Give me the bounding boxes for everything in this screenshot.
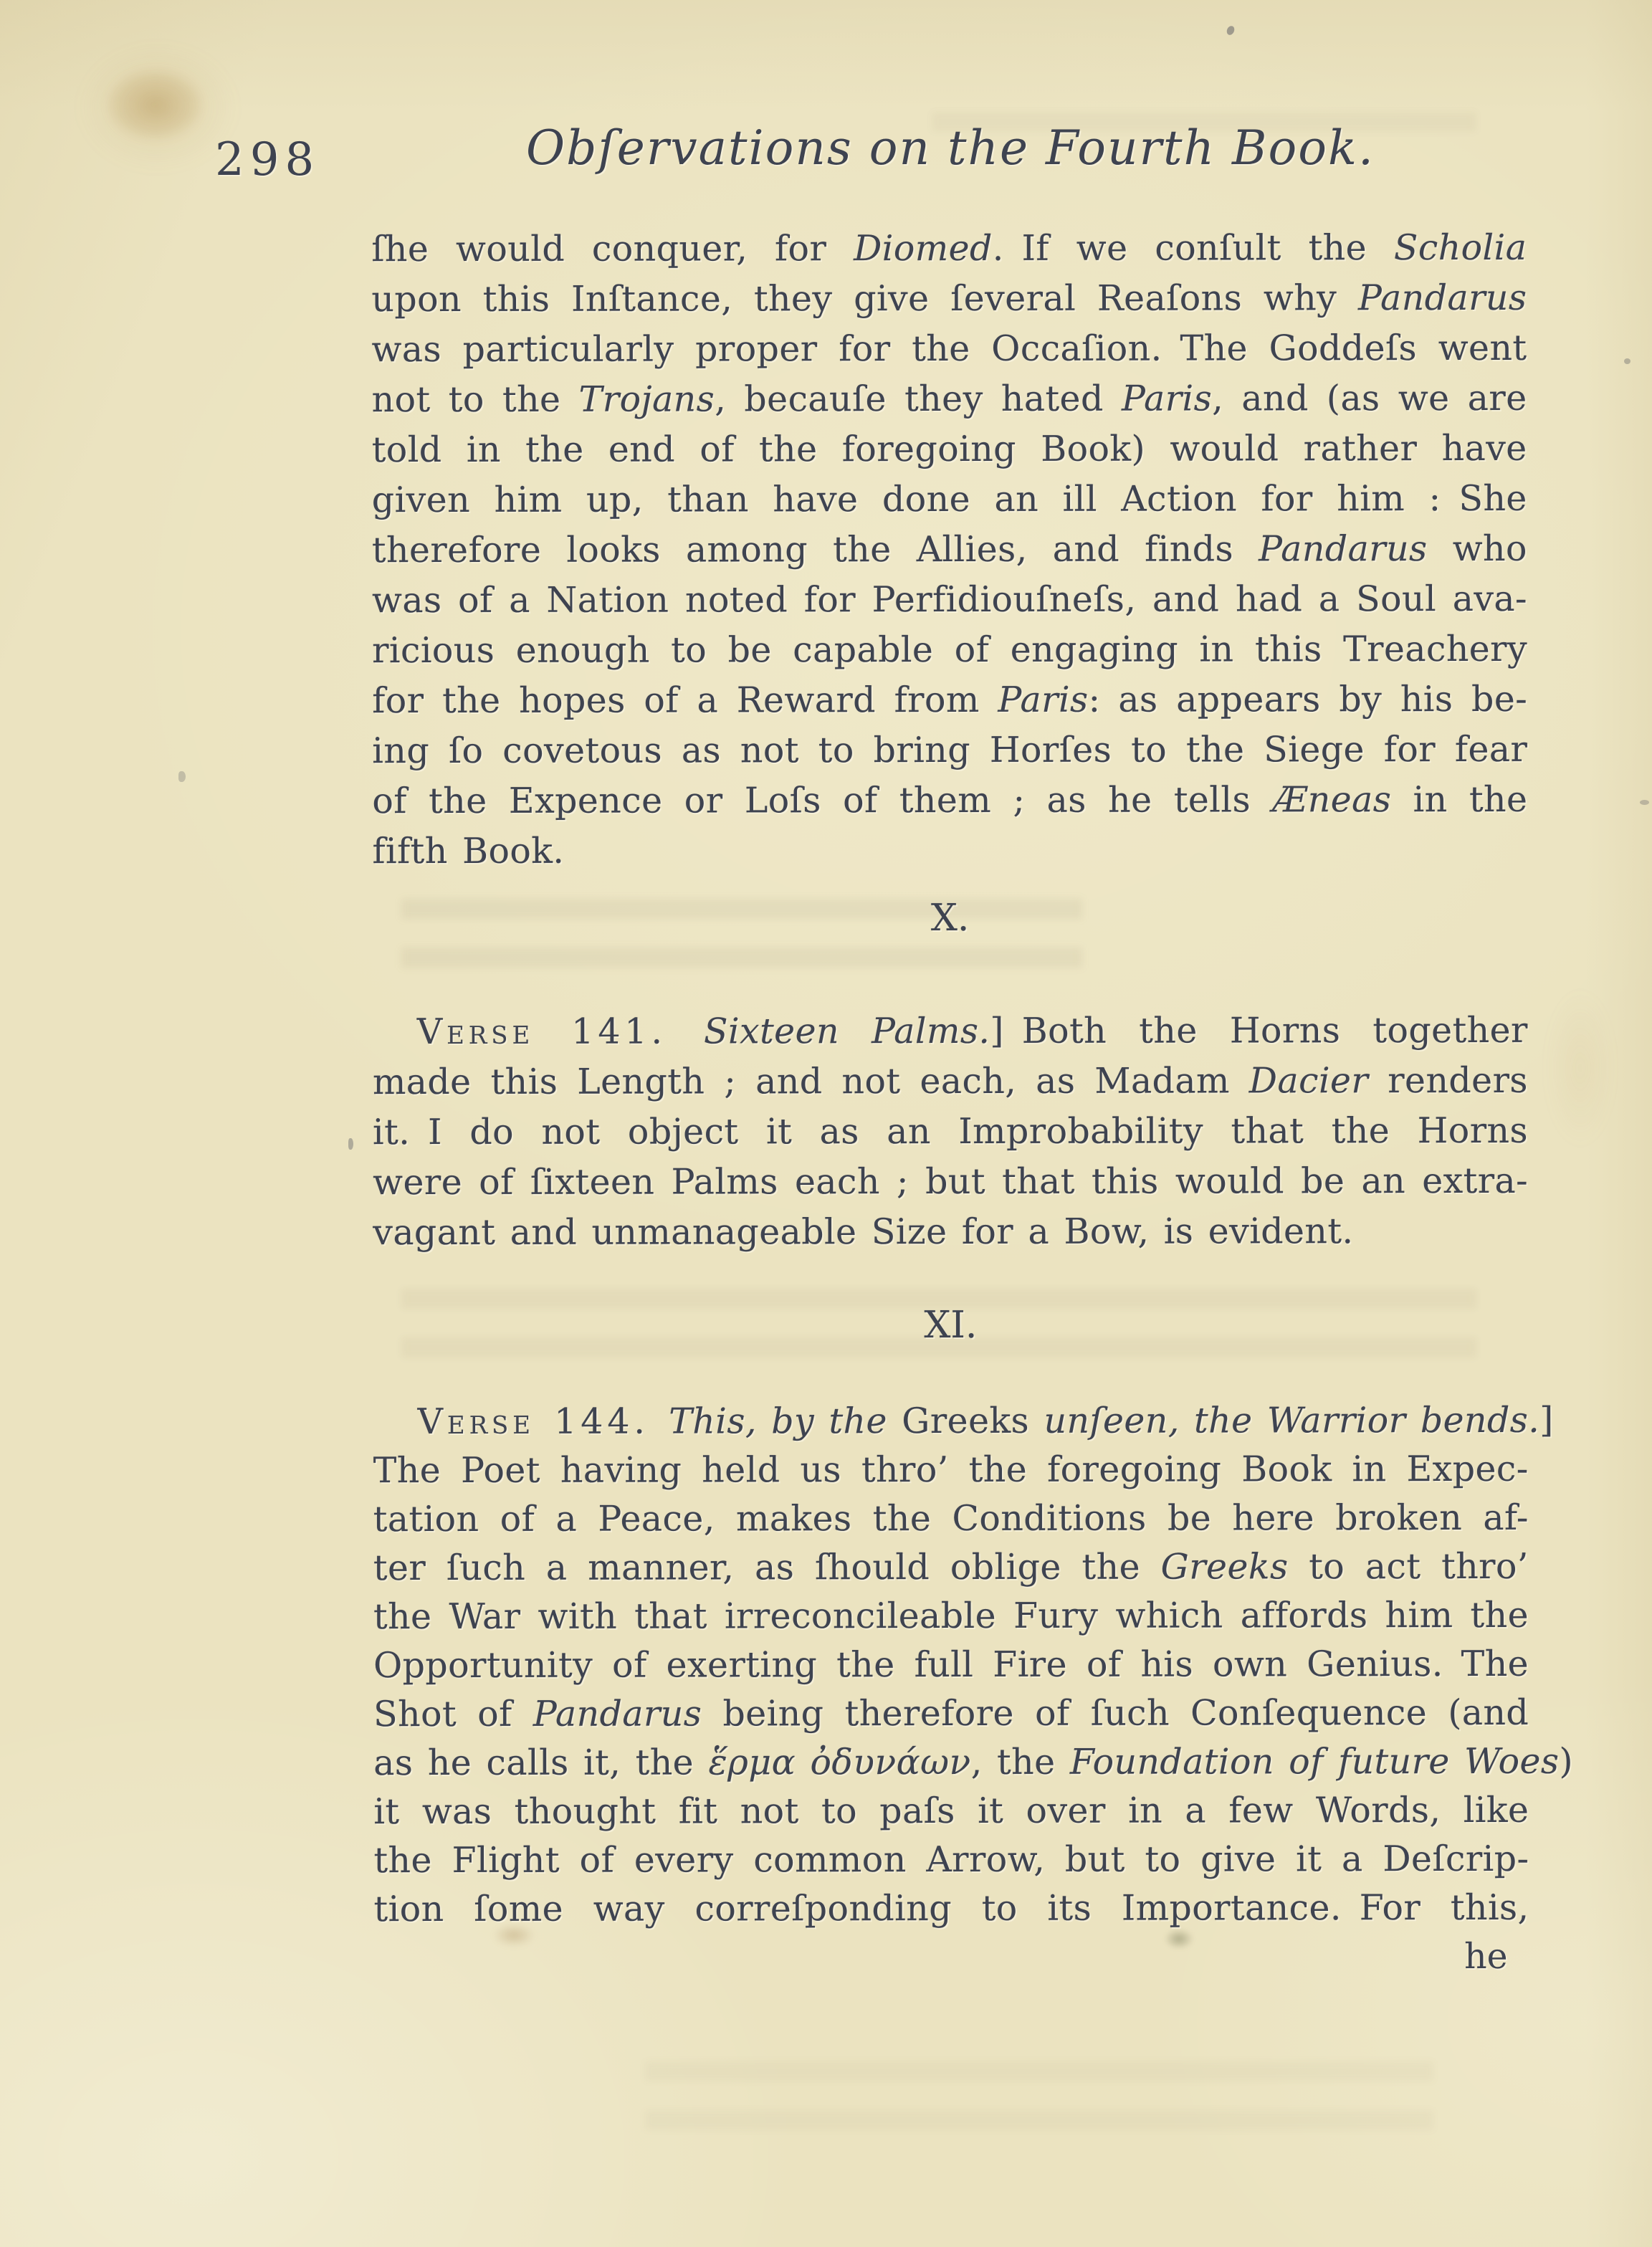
section-heading: X. [373,892,1528,944]
text-line: Opportunity of exerting the full Fire of… [373,1640,1529,1690]
ink-speck [1624,358,1630,364]
roman-text: . If we conſult the [993,227,1394,269]
stain-right-margin [1548,989,1613,1147]
roman-text: it was thought fit not to paſs it over i… [373,1790,1529,1832]
roman-text: told in the end of the foregoing Book) w… [372,428,1527,470]
roman-text: renders [1368,1060,1528,1101]
catchword: he [374,1936,1508,1978]
roman-text: The Poet having held us thro’ the forego… [373,1449,1529,1491]
text-line: ricious enough to be capable of engaging… [372,624,1527,676]
italic-text: Pandarus [1358,277,1527,318]
roman-text: was particularly proper for the Occaſion… [371,328,1527,370]
roman-text: fifth Book. [372,831,564,872]
roman-text: tion ſome way correſponding to its Impor… [373,1887,1529,1929]
roman-text: the War with that irreconcileable Fury w… [373,1595,1529,1637]
roman-text: ) [1559,1741,1573,1782]
roman-text: given him up, than have done an ill Acti… [372,478,1527,520]
text-line: the Flight of every common Arrow, but to… [373,1835,1529,1885]
italic-text: Pandarus [533,1693,702,1734]
stain-top-left [108,70,202,139]
roman-text: as he calls it, the [373,1742,708,1783]
paragraph: ſhe would conquer, for Diomed. If we con… [371,223,1527,877]
roman-text: upon this Inſtance, they give ſeveral Re… [371,277,1358,320]
text-line: was of a Nation noted for Perfidiouſneſs… [372,574,1527,626]
text-line: was particularly proper for the Occaſion… [371,323,1527,375]
text-line: vagant and unmanageable Size for a Bow, … [373,1206,1528,1258]
roman-text: was of a Nation noted for Perfidiouſneſs… [372,578,1527,621]
roman-text: were of ſixteen Palms each ; but that th… [373,1160,1528,1203]
roman-text: Shot of [373,1694,533,1735]
roman-text: tation of a Peace, makes the Conditions … [373,1497,1529,1540]
text-line: tation of a Peace, makes the Conditions … [373,1494,1529,1544]
italic-text: unſeen, the Warrior bends. [1044,1400,1539,1441]
text-line: of the Expence or Loſs of them ; as he t… [372,775,1527,826]
roman-text: ] Both the Horns together [990,1010,1528,1051]
italic-text: Dacier [1249,1060,1369,1101]
text-line: made this Length ; and not each, as Mada… [373,1056,1528,1107]
text-line: ter ſuch a manner, as ſhould oblige the … [373,1542,1529,1593]
italic-text: Greeks [1161,1546,1289,1587]
roman-text: made this Length ; and not each, as Mada… [373,1060,1249,1102]
text-line: for the hopes of a Reward from Paris: as… [372,674,1527,726]
roman-text: ] [1539,1400,1554,1441]
text-line: upon this Inſtance, they give ſeveral Re… [371,273,1527,325]
roman-text: who [1428,528,1527,569]
roman-text: not to the [372,379,579,420]
ink-speck [1640,800,1649,805]
roman-text: : as appears by his be- [1089,679,1528,720]
text-line: not to the Trojans, becauſe they hated P… [372,373,1527,425]
page-number: 298 [215,133,320,186]
paragraph: Verse 141. Sixteen Palms.] Both the Horn… [373,1006,1528,1258]
verse-label: Verse 144. [418,1401,669,1442]
ink-speck [348,1138,353,1150]
text-line: were of ſixteen Palms each ; but that th… [373,1156,1528,1208]
italic-text: Diomed [854,228,993,269]
section-heading: XI. [373,1299,1528,1351]
roman-text: , becauſe they hated [715,378,1122,420]
roman-text: it. I do not object it as an Improbabili… [373,1110,1528,1153]
roman-text: , the [971,1742,1070,1783]
roman-text: in the [1391,779,1527,820]
italic-text: This, by the [669,1401,902,1441]
text-line: given him up, than have done an ill Acti… [372,474,1527,525]
italic-text: Scholia [1394,227,1527,268]
roman-text: ing ſo covetous as not to bring Horſes t… [372,729,1527,771]
text-block: ſhe would conquer, for Diomed. If we con… [371,0,1529,2247]
greek-text: ἕρμα ὀδυνάων [708,1742,970,1783]
italic-text: Sixteen Palms. [704,1011,990,1052]
text-line: Verse 144. This, by the Greeks unſeen, t… [373,1396,1529,1446]
italic-text: Æneas [1272,779,1391,820]
roman-text: being therefore of ſuch Conſequence (and [702,1692,1529,1735]
italic-text: Paris [998,679,1088,720]
italic-text: Foundation of future Woes [1070,1741,1560,1783]
text-line: ſhe would conquer, for Diomed. If we con… [371,223,1527,275]
ink-speck [178,771,186,782]
roman-text: , and (as we are [1212,378,1527,419]
roman-text: Greeks [902,1401,1044,1441]
text-line: the War with that irreconcileable Fury w… [373,1591,1529,1641]
paragraph: Verse 144. This, by the Greeks unſeen, t… [373,1396,1529,1934]
roman-text: for the hopes of a Reward from [372,679,998,721]
roman-text: to act thro’ [1288,1546,1528,1587]
roman-text: ricious enough to be capable of engaging… [372,629,1527,671]
text-line: The Poet having held us thro’ the forego… [373,1445,1529,1495]
text-line: it. I do not object it as an Improbabili… [373,1106,1528,1158]
roman-text: of the Expence or Loſs of them ; as he t… [372,779,1272,821]
roman-text: Opportunity of exerting the full Fire of… [373,1643,1529,1686]
roman-text: ſhe would conquer, for [371,228,854,269]
italic-text: Trojans [579,378,715,419]
italic-text: Paris [1122,378,1212,419]
text-line: fifth Book. [372,825,1527,877]
roman-text: vagant and unmanageable Size for a Bow, … [373,1211,1353,1253]
text-line: Verse 141. Sixteen Palms.] Both the Horn… [373,1006,1528,1057]
text-line: as he calls it, the ἕρμα ὀδυνάων, the Fo… [373,1737,1529,1788]
text-line: tion ſome way correſponding to its Impor… [373,1884,1529,1934]
text-line: it was thought fit not to paſs it over i… [373,1786,1529,1836]
italic-text: Pandarus [1259,528,1428,569]
text-line: Shot of Pandarus being therefore of ſuch… [373,1689,1529,1739]
text-line: ing ſo covetous as not to bring Horſes t… [372,725,1527,776]
roman-text: ter ſuch a manner, as ſhould oblige the [373,1547,1161,1589]
book-page-scan: 298 Obſervations on the Fourth Book. ſhe… [0,0,1652,2247]
verse-label: Verse 141. [417,1011,704,1052]
text-line: therefore looks among the Allies, and fi… [372,524,1527,576]
stain-top-left-halo [79,44,237,170]
text-line: told in the end of the foregoing Book) w… [372,424,1527,475]
roman-text: the Flight of every common Arrow, but to… [373,1838,1529,1881]
roman-text: therefore looks among the Allies, and fi… [372,528,1259,571]
